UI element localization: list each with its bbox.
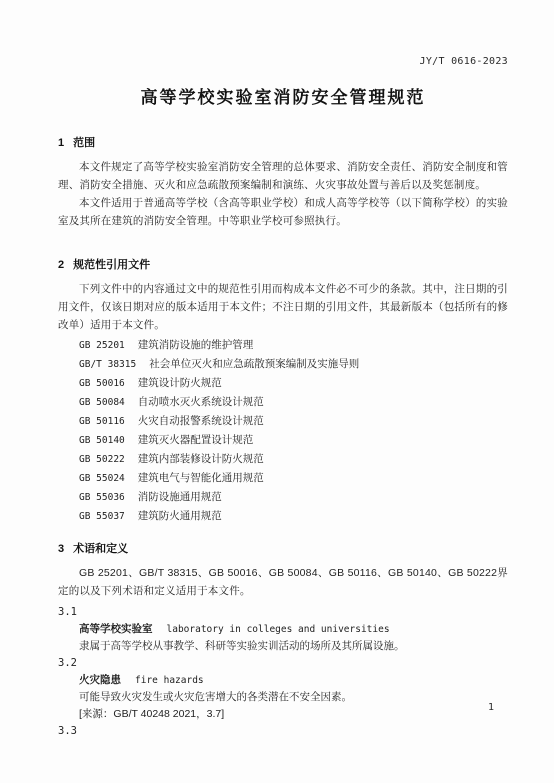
paragraph: 下列文件中的内容通过文中的规范性引用而构成本文件必不可少的条款。其中，注日期的引… — [58, 280, 508, 334]
section-scope-body: 本文件规定了高等学校实验室消防安全管理的总体要求、消防安全责任、消防安全制度和管… — [58, 158, 508, 230]
reference-code: GB 55037 — [79, 511, 125, 522]
reference-code: GB 55024 — [79, 473, 125, 484]
section-heading-terms: 3术语和定义 — [58, 540, 508, 556]
term-item: 3.3 — [58, 723, 508, 740]
reference-row: GB 55037建筑防火通用规范 — [58, 507, 508, 526]
term-name-en: fire hazards — [135, 675, 204, 686]
reference-row: GB 55036消防设施通用规范 — [58, 488, 508, 507]
reference-code: GB/T 38315 — [79, 359, 136, 370]
reference-list: GB 25201建筑消防设施的维护管理 GB/T 38315社会单位灭火和应急疏… — [58, 336, 508, 526]
section-number: 1 — [58, 137, 64, 149]
section-heading-scope: 1范围 — [58, 134, 508, 150]
document-page: JY/T 0616-2023 高等学校实验室消防安全管理规范 1范围 本文件规定… — [0, 0, 554, 783]
section-label: 范围 — [73, 137, 95, 149]
section-terms-body: GB 25201、GB/T 38315、GB 50016、GB 50084、GB… — [58, 564, 508, 740]
paragraph: 本文件规定了高等学校实验室消防安全管理的总体要求、消防安全责任、消防安全制度和管… — [58, 158, 508, 194]
reference-row: GB 55024建筑电气与智能化通用规范 — [58, 469, 508, 488]
term-number: 3.2 — [58, 655, 508, 672]
paragraph: 本文件适用于普通高等学校（含高等职业学校）和成人高等学校等（以下简称学校）的实验… — [58, 194, 508, 230]
reference-row: GB 25201建筑消防设施的维护管理 — [58, 336, 508, 355]
section-label: 规范性引用文件 — [73, 259, 150, 271]
reference-row: GB 50084自动喷水灭火系统设计规范 — [58, 393, 508, 412]
reference-code: GB 25201 — [79, 340, 125, 351]
reference-name: 建筑内部装修设计防火规范 — [138, 453, 264, 465]
reference-name: 建筑电气与智能化通用规范 — [138, 472, 264, 484]
section-number: 2 — [58, 259, 64, 271]
section-references-body: 下列文件中的内容通过文中的规范性引用而构成本文件必不可少的条款。其中，注日期的引… — [58, 280, 508, 526]
reference-name: 建筑消防设施的维护管理 — [138, 339, 254, 351]
term-name: 火灾隐患fire hazards — [58, 672, 508, 689]
reference-name: 火灾自动报警系统设计规范 — [138, 415, 264, 427]
reference-code: GB 50084 — [79, 397, 125, 408]
reference-name: 社会单位灭火和应急疏散预案编制及实施导则 — [149, 358, 359, 370]
reference-code: GB 50140 — [79, 435, 125, 446]
reference-name: 建筑防火通用规范 — [138, 510, 222, 522]
section-label: 术语和定义 — [73, 543, 128, 555]
terms-list: 3.1 高等学校实验室laboratory in colleges and un… — [58, 604, 508, 740]
term-name-zh: 火灾隐患 — [79, 674, 121, 686]
doc-number: JY/T 0616-2023 — [58, 56, 508, 67]
term-name-zh: 高等学校实验室 — [79, 623, 153, 635]
reference-name: 自动喷水灭火系统设计规范 — [138, 396, 264, 408]
section-heading-references: 2规范性引用文件 — [58, 256, 508, 272]
reference-code: GB 50222 — [79, 454, 125, 465]
reference-code: GB 55036 — [79, 492, 125, 503]
term-number: 3.1 — [58, 604, 508, 621]
reference-row: GB 50016建筑设计防火规范 — [58, 374, 508, 393]
reference-name: 消防设施通用规范 — [138, 491, 222, 503]
term-name: 高等学校实验室laboratory in colleges and univer… — [58, 621, 508, 638]
reference-code: GB 50016 — [79, 378, 125, 389]
term-item: 3.1 高等学校实验室laboratory in colleges and un… — [58, 604, 508, 655]
reference-row: GB 50116火灾自动报警系统设计规范 — [58, 412, 508, 431]
term-name-en: laboratory in colleges and universities — [167, 624, 390, 635]
reference-name: 建筑设计防火规范 — [138, 377, 222, 389]
term-number: 3.3 — [58, 723, 508, 740]
term-source: [来源：GB/T 40248 2021，3.7] — [58, 706, 508, 723]
section-number: 3 — [58, 543, 64, 555]
term-definition: 隶属于高等学校从事教学、科研等实验实训活动的场所及其所属设施。 — [58, 638, 508, 655]
reference-name: 建筑灭火器配置设计规范 — [138, 434, 254, 446]
page-title: 高等学校实验室消防安全管理规范 — [58, 83, 508, 108]
reference-row: GB 50222建筑内部装修设计防火规范 — [58, 450, 508, 469]
reference-row: GB/T 38315社会单位灭火和应急疏散预案编制及实施导则 — [58, 355, 508, 374]
term-definition: 可能导致火灾发生或火灾危害增大的各类潜在不安全因素。 — [58, 689, 508, 706]
reference-code: GB 50116 — [79, 416, 125, 427]
term-item: 3.2 火灾隐患fire hazards 可能导致火灾发生或火灾危害增大的各类潜… — [58, 655, 508, 723]
paragraph: GB 25201、GB/T 38315、GB 50016、GB 50084、GB… — [58, 564, 508, 600]
reference-row: GB 50140建筑灭火器配置设计规范 — [58, 431, 508, 450]
page-number: 1 — [488, 702, 494, 713]
